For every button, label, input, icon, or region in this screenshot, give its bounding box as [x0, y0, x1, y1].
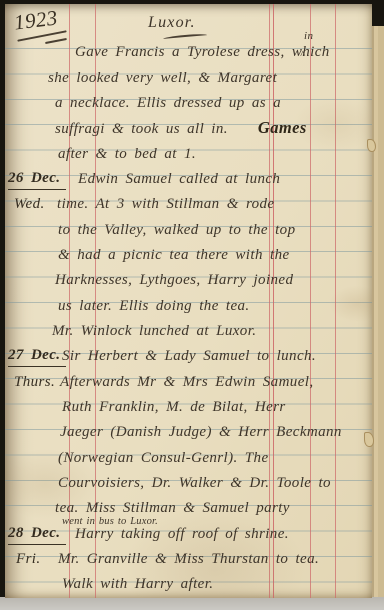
year-heading: 1923 [13, 7, 59, 32]
manuscript-line: she looked very well, & Margaret [48, 68, 277, 88]
manuscript-line: us later. Ellis doing the tea. [58, 296, 250, 316]
manuscript-line: Harry taking off roof of shrine. [75, 524, 289, 544]
entry-day: Fri. [16, 549, 41, 569]
manuscript-line: Sir Herbert & Lady Samuel to lunch. [62, 346, 316, 366]
manuscript-line: Jaeger (Danish Judge) & Herr Beckmann [60, 422, 342, 442]
diary-page-scan: 1923 Luxor. Gave Francis a Tyrolese dres… [0, 0, 384, 610]
manuscript-line: Gave Francis a Tyrolese dress, which [75, 42, 330, 62]
page-title: Luxor. [148, 13, 196, 33]
paper-fleck [364, 432, 374, 447]
manuscript-line: & had a picnic tea there with the [58, 245, 290, 265]
entry-date: 27 Dec. [8, 345, 66, 367]
manuscript-line: Edwin Samuel called at lunch [78, 169, 280, 189]
title-underline [163, 33, 207, 39]
manuscript-line: to the Valley, walked up to the top [58, 220, 295, 240]
ledger-column-line [335, 4, 336, 598]
manuscript-line: after & to bed at 1. [58, 144, 196, 164]
manuscript-line: Mr. Granville & Miss Thurstan to tea. [58, 549, 319, 569]
entry-day: Thurs. [14, 372, 55, 392]
manuscript-line: Ruth Franklin, M. de Bilat, Herr [62, 397, 286, 417]
ledger-column-line [310, 4, 311, 598]
manuscript-line: Harknesses, Lythgoes, Harry joined [55, 270, 293, 290]
insertion-caret: ^ [300, 50, 305, 60]
scan-corner-shadow [370, 0, 384, 26]
manuscript-page: 1923 Luxor. Gave Francis a Tyrolese dres… [5, 4, 372, 598]
underlying-page-edges [372, 9, 384, 597]
manuscript-line: Courvoisiers, Dr. Walker & Dr. Toole to [58, 473, 331, 493]
manuscript-line: Mr. Winlock lunched at Luxor. [52, 321, 256, 341]
interlinear-insertion: in [304, 30, 313, 42]
manuscript-line: time. At 3 with Stillman & rode [57, 194, 274, 214]
manuscript-line: Afterwards Mr & Mrs Edwin Samuel, [60, 372, 313, 392]
entry-day: Wed. [14, 194, 45, 214]
emphasised-word: Games [258, 118, 307, 137]
year-flourish [45, 38, 67, 44]
manuscript-line: Walk with Harry after. [62, 574, 213, 594]
entry-date: 26 Dec. [8, 168, 66, 190]
entry-date: 28 Dec. [8, 523, 66, 545]
scanner-background [0, 597, 384, 610]
paper-fleck [367, 139, 376, 152]
manuscript-line: tea. Miss Stillman & Samuel party [55, 498, 290, 518]
manuscript-line: (Norwegian Consul-Genrl). The [58, 448, 269, 468]
manuscript-line: a necklace. Ellis dressed up as a [55, 93, 281, 113]
manuscript-line: suffragi & took us all in.Games [55, 118, 307, 139]
